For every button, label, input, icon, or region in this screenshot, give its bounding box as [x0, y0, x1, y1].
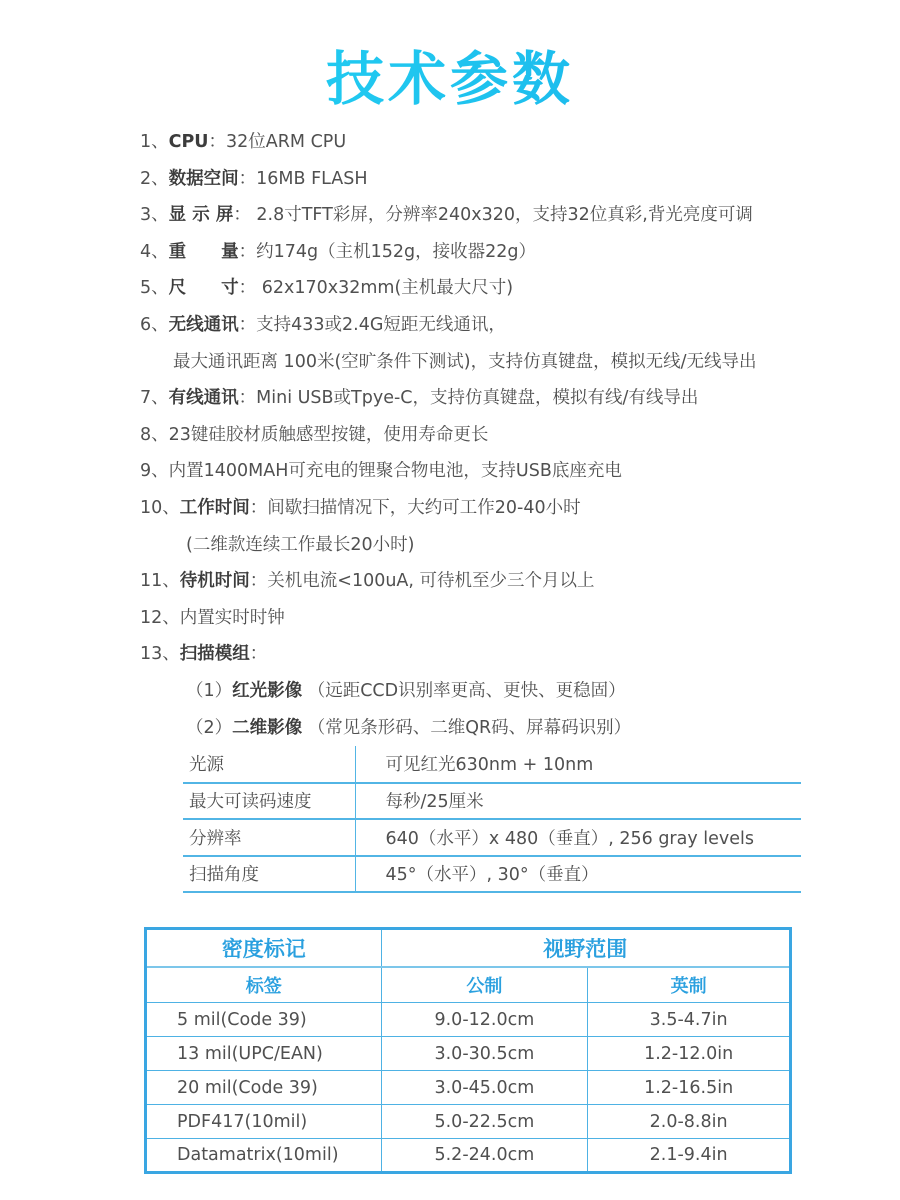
- spec-label: 显 示 屏: [169, 205, 234, 225]
- spec-number: 4、: [140, 242, 169, 262]
- sub-label: 二维影像: [232, 718, 302, 738]
- spec-label: 工作时间: [180, 498, 250, 518]
- spec-label: 扫描模组: [180, 644, 250, 664]
- spec-item-work-time-continued: (二维款连续工作最长20小时): [140, 527, 860, 564]
- module-value: 可见红光630nm + 10nm: [355, 746, 801, 783]
- table-subheader-row: 标签 公制 英制: [146, 967, 791, 1003]
- spec-subitem-red-light: （1）红光影像 （远距CCD识别率更高、更快、更稳固）: [140, 673, 860, 710]
- spec-number: 12、: [140, 608, 180, 628]
- spec-list: 1、CPU：32位ARM CPU 2、数据空间：16MB FLASH 3、显 示…: [140, 124, 860, 746]
- spec-label: CPU: [169, 132, 209, 152]
- cell-imperial: 2.0-8.8in: [588, 1105, 791, 1139]
- spec-separator: ：: [239, 278, 257, 298]
- cell-label: PDF417(10mil): [146, 1105, 382, 1139]
- col-metric: 公制: [381, 967, 588, 1003]
- spec-separator: ：: [239, 242, 257, 262]
- module-value: 45°（水平）, 30°（垂直）: [355, 856, 801, 893]
- spec-item-storage: 2、数据空间：16MB FLASH: [140, 161, 860, 198]
- cell-metric: 9.0-12.0cm: [381, 1003, 588, 1037]
- spec-number: 7、: [140, 388, 169, 408]
- spec-separator: ：: [250, 498, 268, 518]
- reading-range-table: 密度标记 视野范围 标签 公制 英制 5 mil(Code 39) 9.0-12…: [144, 927, 792, 1174]
- spec-text: 内置1400MAH可充电的锂聚合物电池，支持USB底座充电: [169, 461, 622, 481]
- table-row: 20 mil(Code 39) 3.0-45.0cm 1.2-16.5in: [146, 1071, 791, 1105]
- header-field-of-view: 视野范围: [381, 929, 791, 967]
- cell-metric: 3.0-45.0cm: [381, 1071, 588, 1105]
- table-row: PDF417(10mil) 5.0-22.5cm 2.0-8.8in: [146, 1105, 791, 1139]
- module-key: 光源: [183, 746, 355, 783]
- spec-number: 8、: [140, 425, 169, 445]
- spec-value: 间歇扫描情况下，大约可工作20-40小时: [267, 498, 580, 518]
- module-value: 每秒/25厘米: [355, 783, 801, 820]
- spec-item-wireless: 6、无线通讯：支持433或2.4G短距无线通讯，: [140, 307, 860, 344]
- table-row: 5 mil(Code 39) 9.0-12.0cm 3.5-4.7in: [146, 1003, 791, 1037]
- spec-number: 3、: [140, 205, 169, 225]
- spec-text: 23键硅胶材质触感型按键，使用寿命更长: [169, 425, 489, 445]
- cell-metric: 5.0-22.5cm: [381, 1105, 588, 1139]
- spec-value: 2.8寸TFT彩屏，分辨率240x320，支持32位真彩,背光亮度可调: [251, 205, 753, 225]
- spec-number: 6、: [140, 315, 169, 335]
- spec-separator: ：: [239, 388, 257, 408]
- cell-label: 13 mil(UPC/EAN): [146, 1037, 382, 1071]
- scan-module-table: 光源 可见红光630nm + 10nm 最大可读码速度 每秒/25厘米 分辨率 …: [183, 746, 801, 893]
- sub-value: （远距CCD识别率更高、更快、更稳固）: [302, 681, 625, 701]
- sub-number: （1）: [186, 681, 232, 701]
- table-row: 光源 可见红光630nm + 10nm: [183, 746, 801, 783]
- spec-label: 重 量: [169, 242, 239, 262]
- spec-number: 5、: [140, 278, 169, 298]
- module-key: 最大可读码速度: [183, 783, 355, 820]
- spec-number: 1、: [140, 132, 169, 152]
- spec-value: 32位ARM CPU: [226, 132, 346, 152]
- spec-number: 10、: [140, 498, 180, 518]
- spec-label: 待机时间: [180, 571, 250, 591]
- spec-item-keys: 8、23键硅胶材质触感型按键，使用寿命更长: [140, 417, 860, 454]
- spec-item-wireless-continued: 最大通讯距离 100米(空旷条件下测试)，支持仿真键盘，模拟无线/无线导出: [140, 344, 860, 381]
- page-title: 技术参数: [0, 32, 900, 116]
- sub-value: （常见条形码、二维QR码、屏幕码识别）: [302, 718, 631, 738]
- spec-label: 数据空间: [169, 169, 239, 189]
- spec-item-battery: 9、内置1400MAH可充电的锂聚合物电池，支持USB底座充电: [140, 453, 860, 490]
- spec-value: 16MB FLASH: [256, 169, 367, 189]
- spec-value: 约174g（主机152g，接收器22g）: [256, 242, 536, 262]
- col-imperial: 英制: [588, 967, 791, 1003]
- table-row: 最大可读码速度 每秒/25厘米: [183, 783, 801, 820]
- spec-number: 13、: [140, 644, 180, 664]
- sub-number: （2）: [186, 718, 232, 738]
- table-row: 扫描角度 45°（水平）, 30°（垂直）: [183, 856, 801, 893]
- spec-label: 尺 寸: [169, 278, 239, 298]
- spec-item-size: 5、尺 寸： 62x170x32mm(主机最大尺寸): [140, 270, 860, 307]
- table-header-row: 密度标记 视野范围: [146, 929, 791, 967]
- spec-item-clock: 12、内置实时时钟: [140, 600, 860, 637]
- spec-text: 内置实时时钟: [180, 608, 285, 628]
- table-row: Datamatrix(10mil) 5.2-24.0cm 2.1-9.4in: [146, 1139, 791, 1173]
- module-key: 扫描角度: [183, 856, 355, 893]
- spec-item-wired: 7、有线通讯：Mini USB或Tpye-C，支持仿真键盘，模拟有线/有线导出: [140, 380, 860, 417]
- spec-subitem-2d-imaging: （2）二维影像 （常见条形码、二维QR码、屏幕码识别）: [140, 710, 860, 747]
- spec-separator: ：: [233, 205, 251, 225]
- spec-item-standby: 11、待机时间：关机电流<100uA, 可待机至少三个月以上: [140, 563, 860, 600]
- module-key: 分辨率: [183, 819, 355, 856]
- cell-imperial: 3.5-4.7in: [588, 1003, 791, 1037]
- cell-imperial: 1.2-12.0in: [588, 1037, 791, 1071]
- spec-item-weight: 4、重 量：约174g（主机152g，接收器22g）: [140, 234, 860, 271]
- spec-value: 支持433或2.4G短距无线通讯，: [256, 315, 506, 335]
- table-row: 13 mil(UPC/EAN) 3.0-30.5cm 1.2-12.0in: [146, 1037, 791, 1071]
- cell-metric: 5.2-24.0cm: [381, 1139, 588, 1173]
- cell-imperial: 2.1-9.4in: [588, 1139, 791, 1173]
- spec-label: 有线通讯: [169, 388, 239, 408]
- cell-label: 20 mil(Code 39): [146, 1071, 382, 1105]
- spec-separator: ：: [250, 644, 268, 664]
- spec-item-display: 3、显 示 屏： 2.8寸TFT彩屏，分辨率240x320，支持32位真彩,背光…: [140, 197, 860, 234]
- col-label: 标签: [146, 967, 382, 1003]
- spec-separator: ：: [239, 315, 257, 335]
- spec-item-work-time: 10、工作时间：间歇扫描情况下，大约可工作20-40小时: [140, 490, 860, 527]
- cell-label: 5 mil(Code 39): [146, 1003, 382, 1037]
- spec-label: 无线通讯: [169, 315, 239, 335]
- spec-value: 关机电流<100uA, 可待机至少三个月以上: [267, 571, 594, 591]
- spec-separator: ：: [250, 571, 268, 591]
- spec-item-cpu: 1、CPU：32位ARM CPU: [140, 124, 860, 161]
- header-density: 密度标记: [146, 929, 382, 967]
- spec-separator: ：: [239, 169, 257, 189]
- spec-separator: ：: [209, 132, 227, 152]
- spec-item-scan-module: 13、扫描模组：: [140, 636, 860, 673]
- spec-value: Mini USB或Tpye-C，支持仿真键盘，模拟有线/有线导出: [256, 388, 698, 408]
- module-value: 640（水平）x 480（垂直）, 256 gray levels: [355, 819, 801, 856]
- table-row: 分辨率 640（水平）x 480（垂直）, 256 gray levels: [183, 819, 801, 856]
- spec-number: 9、: [140, 461, 169, 481]
- cell-label: Datamatrix(10mil): [146, 1139, 382, 1173]
- cell-metric: 3.0-30.5cm: [381, 1037, 588, 1071]
- cell-imperial: 1.2-16.5in: [588, 1071, 791, 1105]
- spec-value: 62x170x32mm(主机最大尺寸): [256, 278, 513, 298]
- spec-number: 11、: [140, 571, 180, 591]
- sub-label: 红光影像: [232, 681, 302, 701]
- spec-number: 2、: [140, 169, 169, 189]
